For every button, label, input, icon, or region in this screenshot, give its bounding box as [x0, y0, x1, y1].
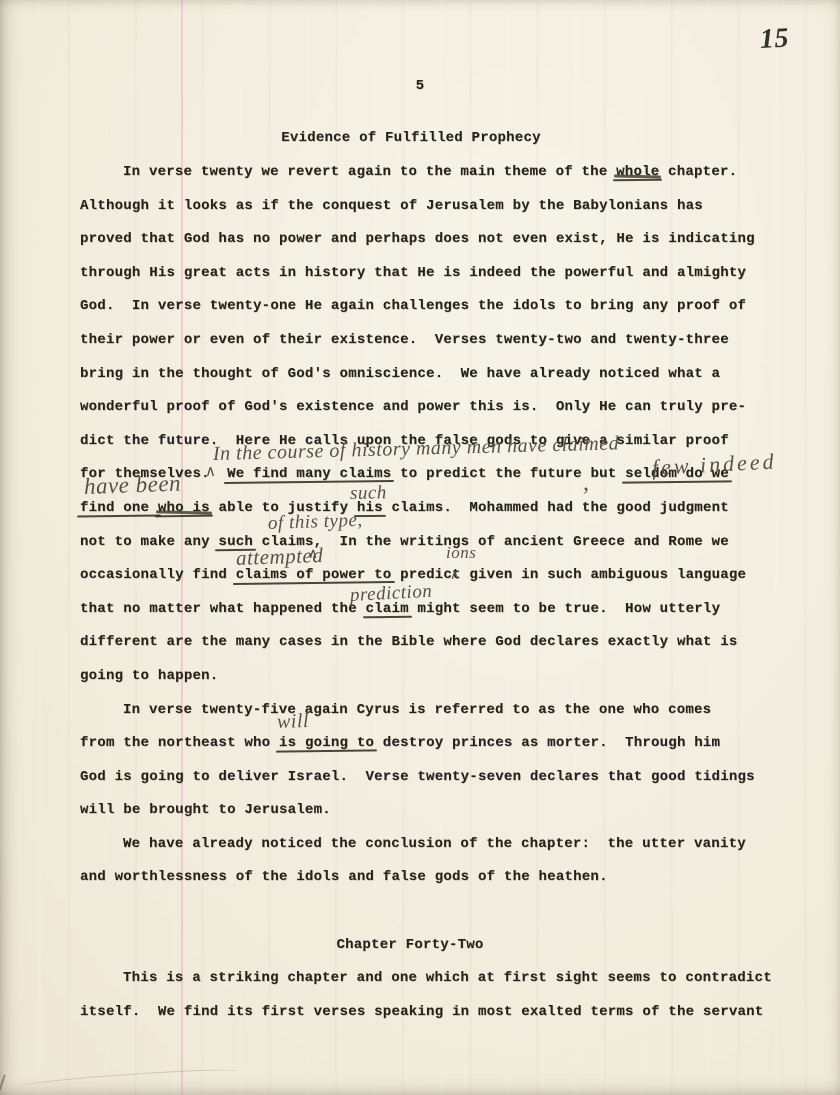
typed-text: Although it looks as if the conquest of …: [80, 198, 703, 214]
paper-edge-mark: [0, 1075, 15, 1094]
typed-text: might seem to be true. How utterly: [409, 601, 720, 617]
struck-text: such: [218, 534, 253, 550]
struck-text: his: [357, 500, 383, 516]
typed-line: not to make any such claims, In the writ…: [80, 526, 790, 560]
typed-line: God. In verse twenty-one He again challe…: [80, 290, 790, 324]
typed-text: Chapter Forty-Two: [336, 937, 483, 953]
typed-text: for themselves.: [80, 466, 227, 482]
typed-text: predict given in such ambiguous language: [391, 567, 746, 583]
typed-line: In verse twenty-five again Cyrus is refe…: [80, 694, 790, 728]
typed-line: wonderful proof of God's existence and p…: [80, 391, 790, 425]
typed-line: dict the future. Here He calls upon the …: [80, 425, 790, 459]
typed-line: bring in the thought of God's omniscienc…: [80, 358, 790, 392]
typed-text: to predict the future but: [391, 466, 625, 482]
typed-text: and worthlessness of the idols and false…: [80, 869, 608, 885]
typed-text: claims. Mohammed had the good judgment: [383, 500, 729, 516]
typed-text: In verse twenty we revert again to the m…: [123, 164, 616, 180]
typed-text: able to justify: [210, 500, 357, 516]
typed-text: occasionally find: [80, 567, 236, 583]
typed-text: proved that God has no power and perhaps…: [80, 231, 755, 247]
section-heading: Evidence of Fulfilled Prophecy: [0, 130, 822, 146]
typed-text: God is going to deliver Israel. Verse tw…: [80, 769, 755, 785]
struck-text: claim: [366, 601, 409, 617]
typed-text: claims, In the writings of ancient Greec…: [253, 534, 729, 550]
typed-line: We have already noticed the conclusion o…: [80, 828, 790, 862]
typed-line: This is a striking chapter and one which…: [80, 962, 790, 996]
typed-text: their power or even of their existence. …: [80, 332, 729, 348]
struck-text: who is: [158, 500, 210, 516]
typed-text: itself. We find its first verses speakin…: [80, 1004, 763, 1020]
typed-line: from the northeast who is going to destr…: [80, 727, 790, 761]
typed-line: their power or even of their existence. …: [80, 324, 790, 358]
typed-text: from the northeast who: [80, 735, 279, 751]
struck-text: find one: [80, 500, 158, 516]
typed-page-number: 5: [0, 78, 840, 94]
typed-line: find one who is able to justify his clai…: [80, 492, 790, 526]
typed-text: God. In verse twenty-one He again challe…: [80, 298, 746, 314]
typed-line: In verse twenty we revert again to the m…: [80, 156, 790, 190]
typed-line: God is going to deliver Israel. Verse tw…: [80, 761, 790, 795]
typed-line: for themselves. We find many claims to p…: [80, 458, 790, 492]
paper-crease: [16, 1066, 241, 1093]
typed-text: not to make any: [80, 534, 218, 550]
handwritten-page-number: 15: [759, 23, 790, 56]
typed-line: itself. We find its first verses speakin…: [80, 996, 790, 1030]
typed-text: destroy princes as morter. Through him: [374, 735, 720, 751]
struck-text: is going to: [279, 735, 374, 751]
typed-text: In verse twenty-five again Cyrus is refe…: [123, 702, 711, 718]
typed-line: and worthlessness of the idols and false…: [80, 861, 790, 895]
typed-line: through His great acts in history that H…: [80, 257, 790, 291]
typed-line: Although it looks as if the conquest of …: [80, 190, 790, 224]
typed-text: We have already noticed the conclusion o…: [123, 836, 746, 852]
struck-text: whole: [616, 164, 659, 180]
typed-line: proved that God has no power and perhaps…: [80, 223, 790, 257]
typed-line: different are the many cases in the Bibl…: [80, 626, 790, 660]
typed-line: that no matter what happened the claim m…: [80, 593, 790, 627]
typed-line: will be brought to Jerusalem.: [80, 794, 790, 828]
typed-text: will be brought to Jerusalem.: [80, 802, 331, 818]
typed-text: chapter.: [659, 164, 737, 180]
chapter-heading-line: Chapter Forty-Two: [80, 929, 740, 963]
typed-body: In verse twenty we revert again to the m…: [80, 156, 790, 1029]
struck-text: seldom do we: [625, 466, 729, 482]
typescript-page: 15 5 Evidence of Fulfilled Prophecy In v…: [0, 0, 840, 1095]
typed-line: occasionally find claims of power to pre…: [80, 559, 790, 593]
struck-text: claims of power to: [236, 567, 392, 583]
typed-text: This is a striking chapter and one which…: [123, 970, 772, 986]
typed-text: through His great acts in history that H…: [80, 265, 746, 281]
typed-text: wonderful proof of God's existence and p…: [80, 399, 746, 415]
typed-text: bring in the thought of God's omniscienc…: [80, 366, 720, 382]
typed-text: dict the future. Here He calls upon the …: [80, 433, 729, 449]
typed-line: going to happen.: [80, 660, 790, 694]
typed-line: [80, 895, 790, 929]
typed-text: that no matter what happened the: [80, 601, 366, 617]
typed-text: different are the many cases in the Bibl…: [80, 634, 738, 650]
struck-text: We find many claims: [227, 466, 391, 482]
typed-text: going to happen.: [80, 668, 218, 684]
